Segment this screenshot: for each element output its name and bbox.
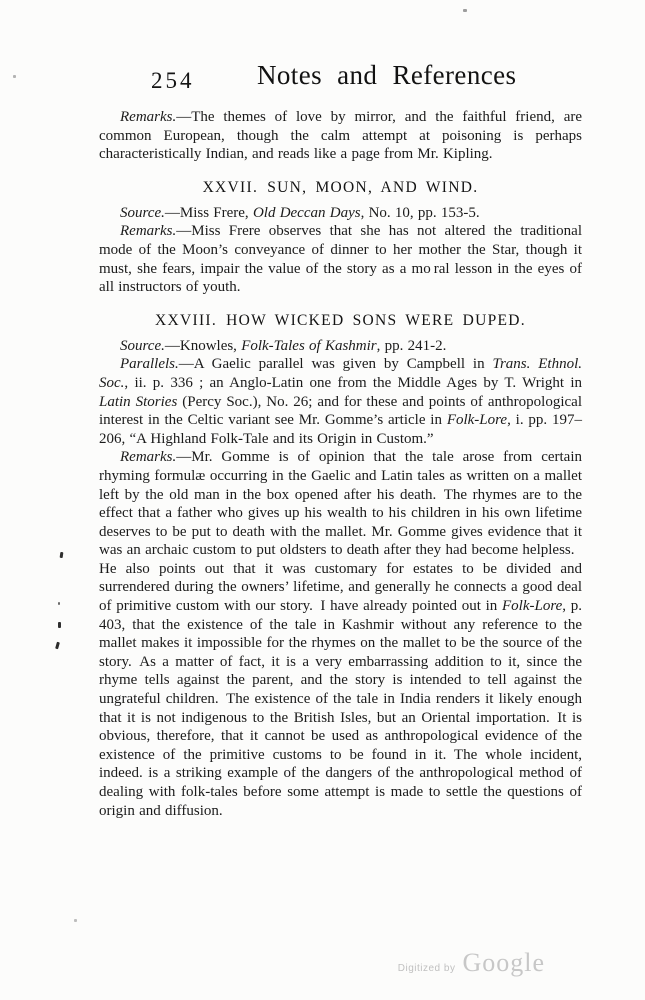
section-heading-xxvii: XXVII. SUN, MOON, AND WIND. — [99, 179, 582, 197]
paragraph-remarks-intro: Remarks.—The themes of love by mirror, a… — [99, 108, 582, 164]
google-logo: Google — [462, 948, 545, 978]
running-header-title: Notes and References — [257, 60, 516, 91]
page-number: 254 — [151, 68, 195, 94]
section-heading-xxviii: XXVIII. HOW WICKED SONS WERE DUPED. — [99, 312, 582, 330]
running-header: 254 Notes and References — [99, 60, 582, 108]
ink-speck — [55, 642, 60, 650]
paragraph-remarks-xxviii: Remarks.—Mr. Gomme is of opinion that th… — [99, 448, 582, 820]
watermark-prefix: Digitized by — [398, 963, 456, 974]
paragraph-remarks-xxvii: Remarks.—Miss Frere observes that she ha… — [99, 222, 582, 296]
ink-speck — [463, 9, 467, 12]
digitization-watermark: Digitized by Google — [0, 948, 545, 978]
ink-speck — [60, 552, 64, 558]
ink-speck — [13, 75, 16, 78]
paragraph-source-xxviii: Source.—Knowles, Folk-Tales of Kashmir, … — [99, 337, 582, 356]
ink-speck — [58, 602, 60, 605]
paragraph-parallels-xxviii: Parallels.—A Gaelic parallel was given b… — [99, 355, 582, 448]
paragraph-source-xxvii: Source.—Miss Frere, Old Deccan Days, No.… — [99, 204, 582, 223]
ink-speck — [74, 919, 77, 922]
ink-speck — [58, 622, 61, 628]
text-block: 254 Notes and References Remarks.—The th… — [99, 60, 582, 820]
scanned-book-page: 254 Notes and References Remarks.—The th… — [0, 0, 645, 1000]
